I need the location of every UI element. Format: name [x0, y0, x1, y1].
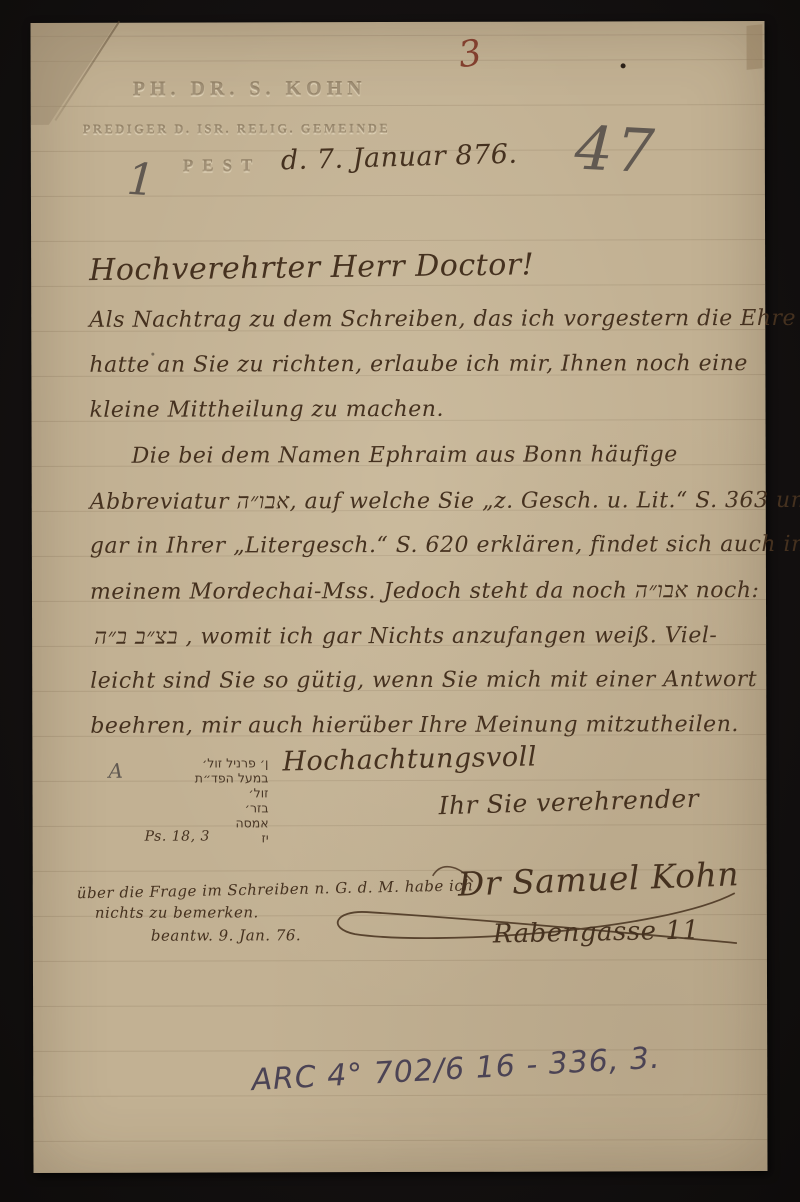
valediction: Hochachtungsvoll	[282, 741, 537, 777]
body-line: בצ״ב ב״ה‎ , womit ich gar Nichts anzufan…	[94, 622, 717, 650]
margin-pencil-mark: A	[108, 759, 123, 783]
salutation: Hochverehrter Herr Doctor!	[89, 247, 534, 288]
signature-address: Rabengasse 11	[493, 915, 700, 949]
hebrew-note-line: במעל הפד״ת	[150, 770, 268, 785]
letterhead-name: PH. DR. S. KOHN	[119, 78, 381, 102]
hebrew-note-line: ן׳ פרניל זול׳	[150, 755, 268, 770]
body-line: meinem Mordechai-Mss. Jedoch steht da no…	[90, 577, 759, 605]
date-line: d. 7. Januar 876.	[280, 139, 517, 177]
reply-note-line: nichts zu bemerken.	[95, 903, 259, 921]
body-line: Die bei dem Namen Ephraim aus Bonn häufi…	[132, 442, 678, 468]
body-line: leicht sind Sie so gütig, wenn Sie mich …	[90, 667, 757, 694]
reply-note-line: beantw. 9. Jan. 76.	[151, 926, 301, 944]
corner-fold	[30, 23, 126, 125]
signature: Dr Samuel Kohn	[457, 854, 740, 904]
tape-remnant	[747, 24, 763, 70]
pre-signature: Ihr Sie verehrender	[438, 784, 699, 820]
body-line: beehren, mir auch hierüber Ihre Meinung …	[90, 712, 739, 739]
body-line: kleine Mittheilung zu machen.	[89, 397, 444, 423]
body-line: Abbreviatur אבו״ה‎, auf welche Sie „z. G…	[90, 487, 800, 515]
red-numbering-mark: 3	[456, 32, 485, 76]
letter-paper: PH. DR. S. KOHN PREDIGER D. ISR. RELIG. …	[30, 21, 767, 1173]
body-line: hatte an Sie zu richten, erlaube ich mir…	[89, 351, 748, 378]
letterhead-place: PEST	[183, 156, 262, 176]
ink-speck	[621, 63, 626, 68]
body-line: gar in Ihrer „Litergesch.“ S. 620 erklär…	[90, 532, 800, 559]
pencil-folio-number: 47	[573, 113, 659, 187]
body-line: Als Nachtrag zu dem Schreiben, das ich v…	[89, 306, 796, 333]
scanned-letter-page: { "scan": { "letterhead": { "line1": "PH…	[0, 0, 800, 1202]
archival-shelfmark: ARC 4° 702/6 16 - 336, 3.	[251, 1041, 662, 1098]
hebrew-note-line: זול׳	[150, 785, 268, 800]
pencil-page-number: 1	[125, 154, 157, 207]
hebrew-note-line: בזר׳	[151, 800, 269, 815]
reply-note-line: über die Frage im Schreiben n. G. d. M. …	[77, 876, 474, 902]
margin-psalm-reference: Ps. 18, 3	[145, 828, 210, 844]
letterhead-title: PREDIGER D. ISR. RELIG. GEMEINDE	[83, 122, 391, 138]
